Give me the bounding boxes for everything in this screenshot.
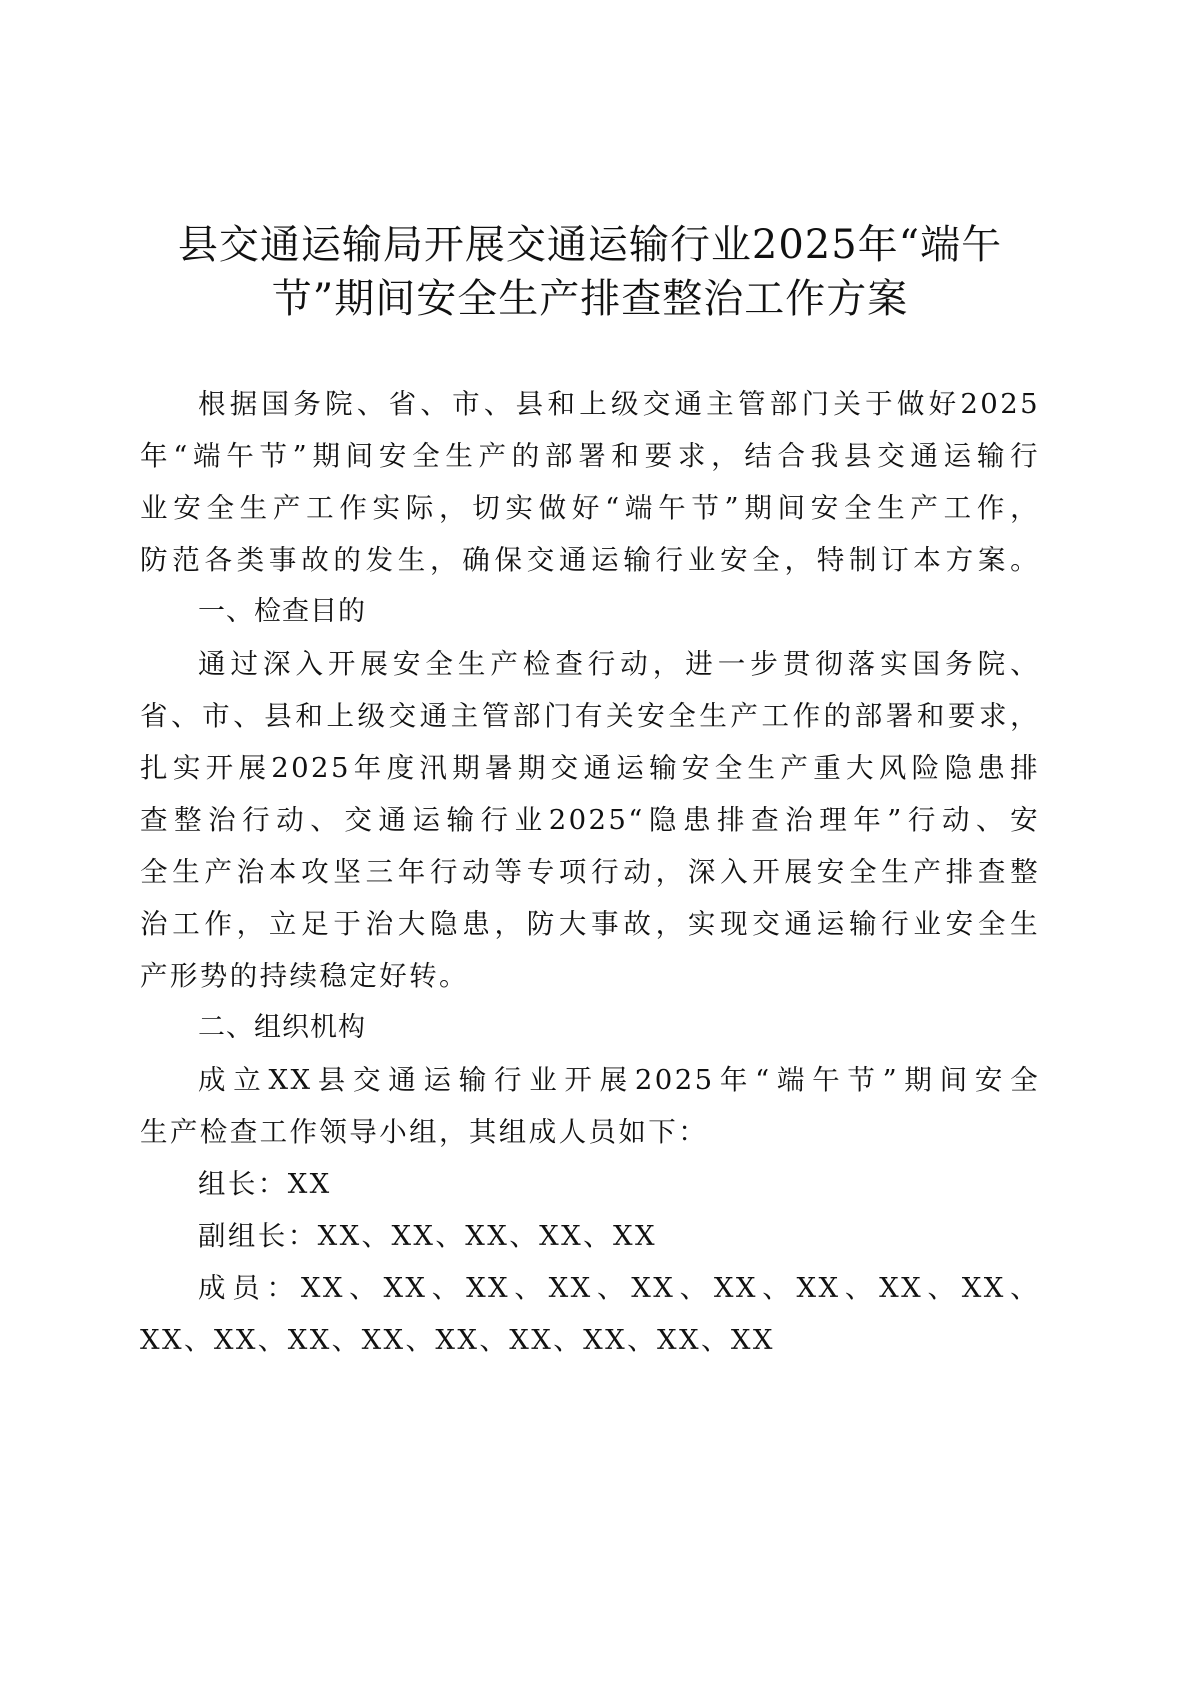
organization-line-1: 成立XX县交通运输行业开展2025年“端午节”期间安全 [198,1062,1040,1098]
members-line-1: 成员：XX、XX、XX、XX、XX、XX、XX、XX、XX、 [198,1270,1040,1306]
members-line-2: XX、XX、XX、XX、XX、XX、XX、XX、XX [140,1322,1040,1358]
intro-line-4: 防范各类事故的发生，确保交通运输行业安全，特制订本方案。 [140,542,1040,578]
purpose-line-1: 通过深入开展安全生产检查行动，进一步贯彻落实国务院、 [198,646,1040,682]
title-line-2: 节”期间安全生产排查整治工作方案 [140,272,1040,326]
section-heading-purpose: 一、检查目的 [198,594,1040,630]
group-leader: 组长：XX [198,1166,1040,1202]
title-line-1: 县交通运输局开展交通运输行业2025年“端午 [140,218,1040,272]
deputy-leaders: 副组长：XX、XX、XX、XX、XX [198,1218,1040,1254]
intro-line-3: 业安全生产工作实际，切实做好“端午节”期间安全生产工作， [140,490,1040,526]
document-page: 县交通运输局开展交通运输行业2025年“端午 节”期间安全生产排查整治工作方案 … [0,0,1190,1683]
section-heading-organization: 二、组织机构 [198,1010,1040,1046]
document-title: 县交通运输局开展交通运输行业2025年“端午 节”期间安全生产排查整治工作方案 [140,218,1040,326]
organization-line-2: 生产检查工作领导小组，其组成人员如下： [140,1114,1040,1150]
purpose-line-6: 治工作，立足于治大隐患，防大事故，实现交通运输行业安全生 [140,906,1040,942]
purpose-line-7: 产形势的持续稳定好转。 [140,958,1040,994]
purpose-line-2: 省、市、县和上级交通主管部门有关安全生产工作的部署和要求， [140,698,1040,734]
intro-line-1: 根据国务院、省、市、县和上级交通主管部门关于做好2025 [198,386,1040,422]
intro-line-2: 年“端午节”期间安全生产的部署和要求，结合我县交通运输行 [140,438,1040,474]
purpose-line-3: 扎实开展2025年度汛期暑期交通运输安全生产重大风险隐患排 [140,750,1040,786]
purpose-line-5: 全生产治本攻坚三年行动等专项行动，深入开展安全生产排查整 [140,854,1040,890]
purpose-line-4: 查整治行动、交通运输行业2025“隐患排查治理年”行动、安 [140,802,1040,838]
